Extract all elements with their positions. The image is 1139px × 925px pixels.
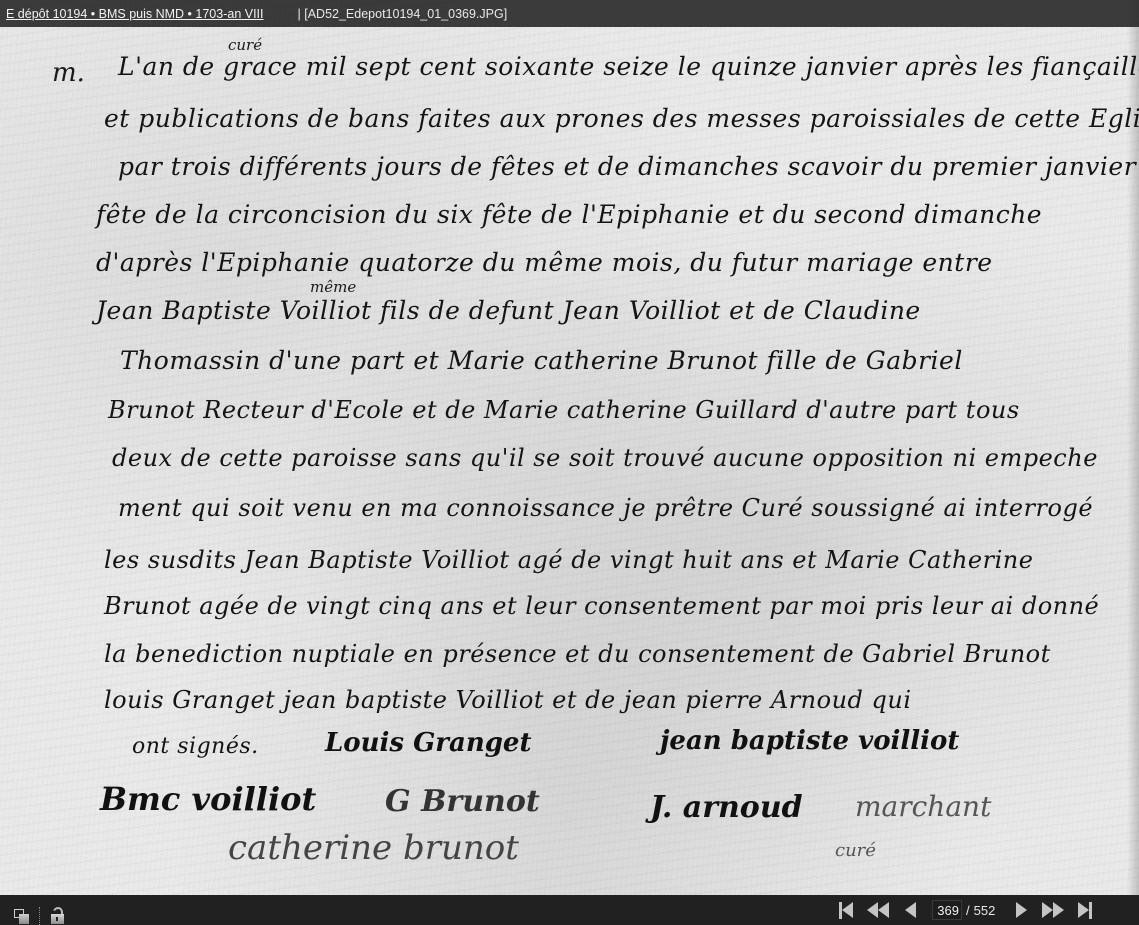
margin-note: m.: [52, 58, 85, 88]
text-line-1: L'an de grace mil sept cent soixante sei…: [118, 52, 1139, 81]
fast-forward-button[interactable]: [1042, 899, 1064, 921]
text-line-9: deux de cette paroisse sans qu'il se soi…: [112, 444, 1098, 472]
file-name-label: | [AD52_Edepot10194_01_0369.JPG]: [298, 7, 508, 21]
title-bar: E dépôt 10194 • BMS puis NMD • 1703-an V…: [0, 0, 1139, 27]
text-line-6: Jean Baptiste Voilliot fils de defunt Je…: [96, 296, 921, 325]
last-page-button[interactable]: [1074, 899, 1096, 921]
page-separator: /: [966, 903, 970, 918]
signature-catherine-brunot: catherine brunot: [228, 828, 519, 868]
image-viewer: m. curé même L'an de grace mil sept cent…: [0, 0, 1139, 925]
page-edge: [1127, 0, 1139, 895]
lock-keyhole: [56, 917, 58, 921]
text-line-5: d'après l'Epiphanie quatorze du même moi…: [96, 248, 993, 277]
total-pages: 552: [974, 903, 996, 918]
page-indicator: / 552: [932, 900, 995, 920]
text-line-4: fête de la circoncision du six fête de l…: [96, 200, 1042, 229]
text-line-3: par trois différents jours de fêtes et d…: [118, 152, 1136, 181]
signature-j-arnoud: J. arnoud: [650, 790, 803, 825]
rewind-button[interactable]: [867, 899, 889, 921]
signature-marchant: marchant: [855, 790, 991, 823]
interlinear-note-meme: même: [310, 278, 356, 296]
text-line-2: et publications de bans faites aux prone…: [104, 104, 1139, 133]
collection-title-link[interactable]: E dépôt 10194 • BMS puis NMD • 1703-an V…: [6, 7, 264, 21]
text-line-7: Thomassin d'une part et Marie catherine …: [120, 346, 963, 375]
last-page-icon: [1078, 902, 1092, 919]
first-page-button[interactable]: [835, 899, 857, 921]
previous-page-icon: [905, 902, 916, 918]
text-line-11: les susdits Jean Baptiste Voilliot agé d…: [104, 546, 1033, 574]
toolbar-divider: [39, 907, 40, 925]
text-line-15: ont signés.: [132, 734, 259, 759]
current-page-input[interactable]: [932, 900, 962, 920]
document-image[interactable]: m. curé même L'an de grace mil sept cent…: [0, 0, 1139, 895]
unlock-button[interactable]: [50, 906, 66, 924]
signature-g-brunot: G Brunot: [385, 784, 540, 819]
text-line-8: Brunot Recteur d'Ecole et de Marie cathe…: [108, 396, 1020, 424]
page-navigation: / 552: [830, 895, 1101, 925]
fast-forward-icon: [1042, 902, 1064, 918]
next-page-icon: [1016, 902, 1027, 918]
rewind-icon: [867, 902, 889, 918]
text-line-12: Brunot agée de vingt cinq ans et leur co…: [104, 592, 1099, 620]
signature-cure: curé: [835, 840, 876, 861]
previous-page-button[interactable]: [899, 899, 921, 921]
signature-louis-granget: Louis Granget: [325, 728, 531, 758]
bottom-toolbar: / 552: [0, 895, 1139, 925]
signature-jean-baptiste-voilliot: jean baptiste voilliot: [660, 726, 959, 756]
toggle-panels-button[interactable]: [12, 908, 32, 924]
toggle-panels-icon-fill: [19, 914, 29, 924]
first-page-icon: [839, 902, 853, 919]
text-line-14: louis Granget jean baptiste Voilliot et …: [104, 686, 912, 714]
text-line-10: ment qui soit venu en ma connoissance je…: [118, 494, 1093, 522]
text-line-13: la benediction nuptiale en présence et d…: [104, 640, 1051, 668]
signature-bmc-voilliot: Bmc voilliot: [100, 780, 316, 818]
next-page-button[interactable]: [1010, 899, 1032, 921]
